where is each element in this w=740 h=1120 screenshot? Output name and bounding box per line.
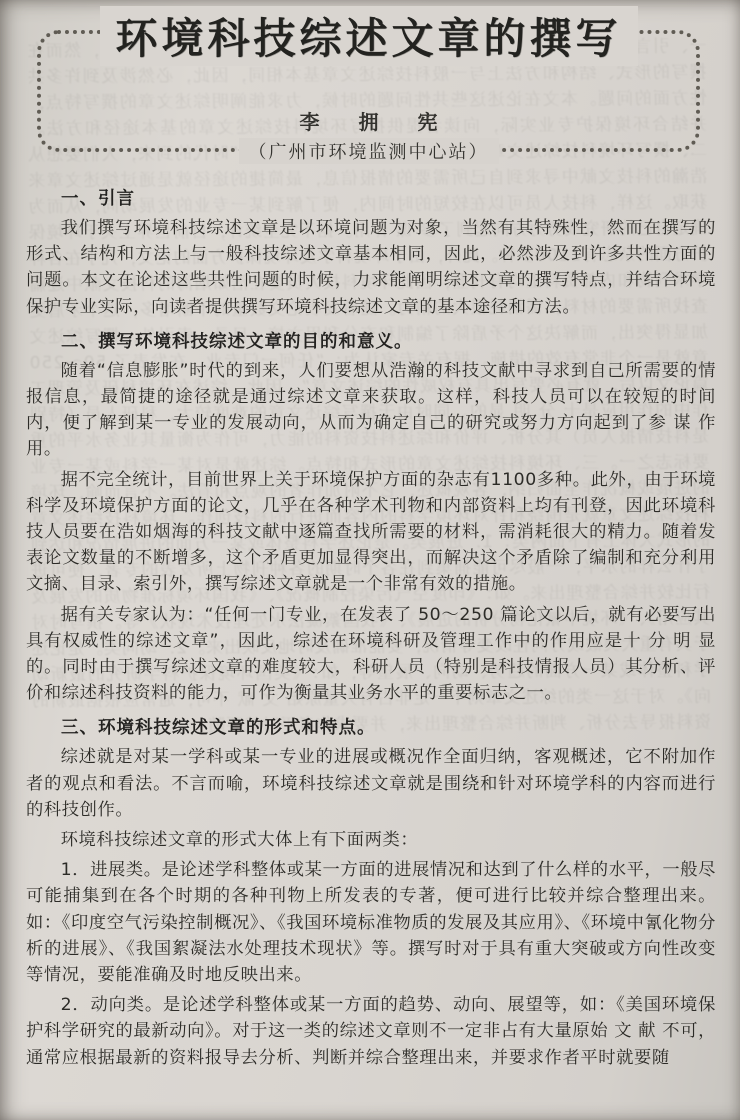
section-heading-2: 二、撰写环境科技综述文章的目的和意义。 — [26, 329, 716, 355]
paragraph: 环境科技综述文章的形式大体上有下面两类： — [26, 827, 716, 853]
paragraph: 我们撰写环境科技综述文章是以环境问题为对象，当然有其特殊性，然而在撰写的形式、结… — [26, 215, 716, 320]
article-title: 环境科技综述文章的撰写 — [99, 6, 637, 66]
paragraph: 1．进展类。是论述学科整体或某一方面的进展情况和达到了什么样的水平，一般尽可能捕… — [26, 857, 716, 988]
paragraph: 据不完全统计，目前世界上关于环境保护方面的杂志有1100多种。此外，由于环境科学… — [26, 467, 716, 598]
title-box: 环境科技综述文章的撰写 李 拥 宪 （广州市环境监测中心站） — [37, 30, 700, 152]
paragraph: 随着“信息膨胀”时代的到来，人们要想从浩瀚的科技文献中寻求到自己所需要的情报信息… — [26, 358, 716, 463]
paragraph: 据有关专家认为：“任何一门专业，在发表了 50～250 篇论文以后，就有必要写出… — [26, 602, 716, 707]
scanned-document-page: 一、引言我们撰写环境科技综述文章是以环境问题为对象，当然有其特殊性，然而在撰写的… — [0, 0, 740, 1120]
paragraph: 综述就是对某一学科或某一专业的进展或概况作全面归纳，客观概述，它不附加作者的观点… — [26, 744, 716, 823]
author-name: 李 拥 宪 — [37, 106, 700, 135]
section-heading-1: 一、引言 — [26, 186, 716, 212]
author-affiliation: （广州市环境监测中心站） — [239, 138, 499, 164]
article-body: 一、引言 我们撰写环境科技综述文章是以环境问题为对象，当然有其特殊性，然而在撰写… — [26, 186, 716, 1075]
section-heading-3: 三、环境科技综述文章的形式和特点。 — [26, 715, 716, 741]
paragraph: 2．动向类。是论述学科整体或某一方面的趋势、动向、展望等，如：《美国环境保护科学… — [26, 992, 716, 1071]
